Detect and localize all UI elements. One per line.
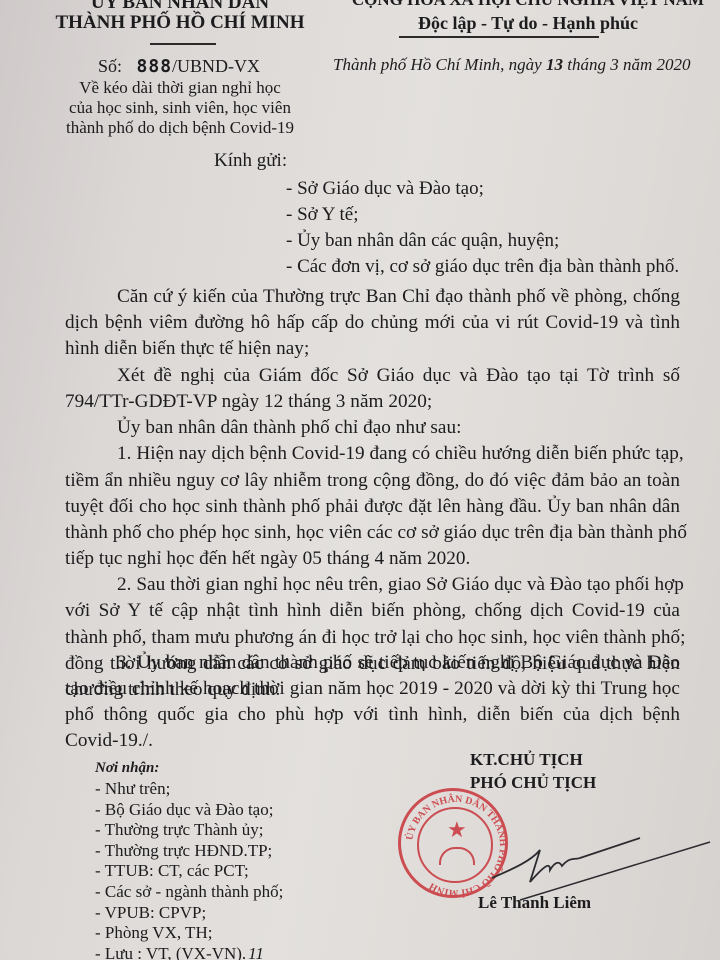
recipient-item: - Các sở - ngành thành phố;: [95, 882, 283, 903]
subject-line: của học sinh, sinh viên, học viên: [30, 98, 330, 118]
addressee-item: - Các đơn vị, cơ sở giáo dục trên địa bà…: [286, 254, 679, 280]
body-line: Căn cứ ý kiến của Thường trực Ban Chỉ đạ…: [117, 286, 680, 308]
nation-underline: [399, 36, 599, 38]
addressee-item: - Sở Giáo dục và Đào tạo;: [286, 176, 679, 202]
recipients-label: Nơi nhận:: [95, 760, 159, 777]
body-line: Covid-19./.: [65, 730, 153, 752]
place-date-day: 13: [546, 55, 563, 74]
place-date: Thành phố Hồ Chí Minh, ngày 13 tháng 3 n…: [333, 55, 690, 75]
recipient-item: - Thường trực HĐND.TP;: [95, 841, 283, 862]
addressee-label: Kính gửi:: [214, 150, 287, 172]
signature-title-1: KT.CHỦ TỊCH: [470, 750, 583, 770]
subject-line: thành phố do dịch bệnh Covid-19: [30, 118, 330, 138]
doc-number-handwritten: 888: [137, 56, 173, 77]
addressee-item: - Sở Y tế;: [286, 202, 679, 228]
recipient-item: - Bộ Giáo dục và Đào tạo;: [95, 800, 283, 821]
subject: Về kéo dài thời gian nghỉ học của học si…: [30, 78, 330, 138]
nation-line-1: CỘNG HÒA XÃ HỘI CHỦ NGHĨA VIỆT NAM: [328, 0, 720, 10]
body-line: thành phố cho phép học sinh, học viên cá…: [65, 522, 680, 544]
agency-underline: [150, 43, 216, 45]
body-line: 3. Ủy ban nhân dân thành phố sẽ tiếp tục…: [117, 652, 680, 674]
recipient-item: - TTUB: CT, các PCT;: [95, 861, 283, 882]
body-line: 1. Hiện nay dịch bệnh Covid-19 đang có c…: [117, 443, 680, 465]
doc-number-prefix: Số:: [98, 56, 122, 76]
body-line: tuyệt đối cho học sinh thành phố phải đư…: [65, 496, 680, 518]
doc-number-suffix: /UBND-VX: [172, 56, 260, 76]
body-line: tiềm ẩn nhiều nguy cơ lây nhiễm trong cộ…: [65, 470, 680, 492]
recipient-item: - Thường trực Thành ủy;: [95, 820, 283, 841]
body-line: với Sở Y tế cập nhật tình hình diễn biến…: [65, 600, 680, 622]
recipients-list: - Như trên; - Bộ Giáo dục và Đào tạo; - …: [95, 779, 283, 960]
agency-line-2: THÀNH PHỐ HỒ CHÍ MINH: [30, 12, 330, 34]
body-line: Xét đề nghị của Giám đốc Sở Giáo dục và …: [117, 365, 680, 387]
body-line: hình diễn biến thực tế hiện nay;: [65, 338, 309, 360]
place-date-prefix: Thành phố Hồ Chí Minh, ngày: [333, 55, 546, 74]
handwritten-mark: 11: [248, 944, 264, 960]
place-date-suffix: tháng 3 năm 2020: [563, 55, 691, 74]
signer-name: Lê Thanh Liêm: [478, 893, 591, 913]
recipient-item: - Phòng VX, TH;: [95, 923, 283, 944]
signature-title-2: PHÓ CHỦ TỊCH: [470, 773, 596, 793]
addressee-item: - Ủy ban nhân dân các quận, huyện;: [286, 228, 679, 254]
body-line: dịch bệnh viêm đường hô hấp cấp do chủng…: [65, 312, 680, 334]
body-line: tạo điều chỉnh kế hoạch thời gian năm họ…: [65, 678, 680, 700]
body-line: 794/TTr-GDĐT-VP ngày 12 tháng 3 năm 2020…: [65, 391, 432, 413]
body-line: thành phố, tham mưu phương án đi học trở…: [65, 627, 680, 649]
recipient-item-text: - Lưu : VT, (VX-VN).: [95, 944, 246, 960]
subject-line: Về kéo dài thời gian nghỉ học: [30, 78, 330, 98]
recipient-item: - Lưu : VT, (VX-VN).11: [95, 944, 283, 960]
recipient-item: - Như trên;: [95, 779, 283, 800]
body-line: Ủy ban nhân dân thành phố chỉ đạo như sa…: [117, 417, 461, 439]
body-line: phổ thông quốc gia cho phù hợp với tình …: [65, 704, 680, 726]
nation-line-2: Độc lập - Tự do - Hạnh phúc: [328, 13, 720, 34]
addressee-list: - Sở Giáo dục và Đào tạo; - Sở Y tế; - Ủ…: [286, 176, 679, 280]
recipient-item: - VPUB: CPVP;: [95, 903, 283, 924]
body-line: tiếp tục nghỉ học đến hết ngày 05 tháng …: [65, 548, 470, 570]
body-line: 2. Sau thời gian nghỉ học nêu trên, giao…: [117, 574, 680, 596]
doc-number: Số: 888/UBND-VX: [98, 56, 260, 77]
